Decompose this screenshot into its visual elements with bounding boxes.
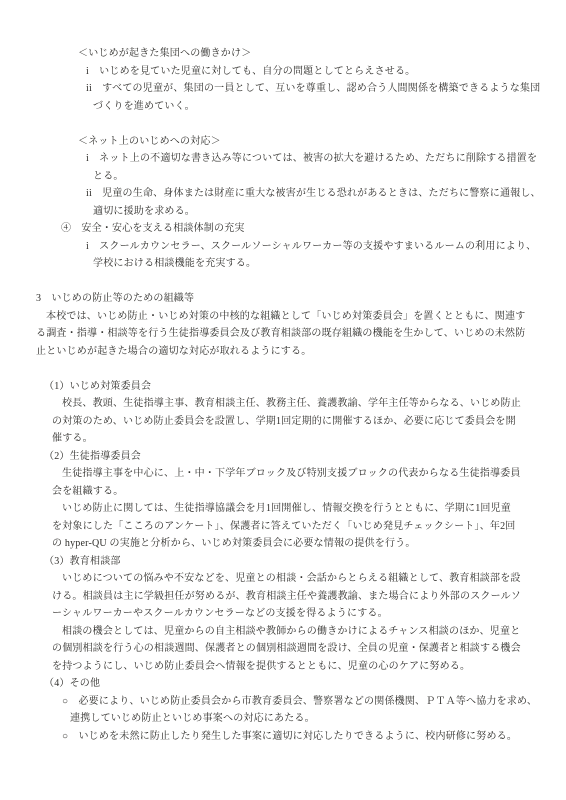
paragraph-line: の個別相談を行う心の相談週間、保護者との個別相談週間を設け、全員の児童・保護者と… bbox=[0, 640, 566, 658]
circle-bullet-item: ○ いじめを未然に防止したり発生した事案に適切に対応したりできるように、校内研修… bbox=[0, 728, 566, 746]
subsection-heading-4: （4）その他 bbox=[0, 675, 566, 693]
roman-list-item: ii すべての児童が、集団の一員として、互いを尊重し、認め合う人間関係を構築でき… bbox=[0, 80, 566, 98]
roman-list-item: i スクールカウンセラー、スクールソーシャルワーカー等の支援やすまいるルームの利… bbox=[0, 238, 566, 256]
paragraph-line: ける。相談員は主に学級担任が努めるが、教育相談主任や養護教諭、また場合により外部… bbox=[0, 588, 566, 606]
circle-bullet-continuation: 連携していじめ防止といじめ事案への対応にあたる。 bbox=[0, 710, 566, 728]
blank-line bbox=[0, 115, 566, 133]
paragraph-line: 相談の機会としては、児童からの自主相談や教師からの働きかけによるチャンス相談のほ… bbox=[0, 623, 566, 641]
list-item-continuation: 適切に援助を求める。 bbox=[0, 203, 566, 221]
list-item-continuation: 学校における相談機能を充実する。 bbox=[0, 255, 566, 273]
subsection-heading-3: （3）教育相談部 bbox=[0, 553, 566, 571]
circled-number-item-4: ④ 安全・安心を支える相談体制の充実 bbox=[0, 220, 566, 238]
list-item-continuation: づくりを進めていく。 bbox=[0, 98, 566, 116]
paragraph-line: を対象にした「こころのアンケート」、保護者に答えていただく「いじめ発見チェックシ… bbox=[0, 518, 566, 536]
roman-list-item: i いじめを見ていた児童に対しても、自分の問題としてとらえさせる。 bbox=[0, 63, 566, 81]
paragraph-line: 止といじめが起きた場合の適切な対応が取れるようにする。 bbox=[0, 343, 566, 361]
subsection-heading-1: （1）いじめ対策委員会 bbox=[0, 378, 566, 396]
blank-line bbox=[0, 360, 566, 378]
blank-line bbox=[0, 273, 566, 291]
list-item-continuation: とる。 bbox=[0, 168, 566, 186]
angle-heading-net-bullying: ＜ネット上のいじめへの対応＞ bbox=[0, 133, 566, 151]
paragraph-line: の対策のため、いじめ防止委員会を設置し、学期1回定期的に開催するほか、必要に応じ… bbox=[0, 413, 566, 431]
paragraph-line: 催する。 bbox=[0, 430, 566, 448]
section-heading-3: 3 いじめの防止等のための組織等 bbox=[0, 290, 566, 308]
paragraph-line: いじめについての悩みや不安などを、児童との相談・会話からとらえる組織として、教育… bbox=[0, 570, 566, 588]
roman-list-item: i ネット上の不適切な書き込み等については、被害の拡大を避けるため、ただちに削除… bbox=[0, 150, 566, 168]
document-page: ＜いじめが起きた集団への働きかけ＞ i いじめを見ていた児童に対しても、自分の問… bbox=[0, 0, 566, 745]
paragraph-line: ーシャルワーカーやスクールカウンセラーなどの支援を得るようにする。 bbox=[0, 605, 566, 623]
paragraph-line: 校長、教頭、生徒指導主事、教育相談主任、教務主任、養護教諭、学年主任等からなる、… bbox=[0, 395, 566, 413]
subsection-heading-2: （2）生徒指導委員会 bbox=[0, 448, 566, 466]
circle-bullet-item: ○ 必要により、いじめ防止委員会から市教育委員会、警察署などの関係機関、ＰＴＡ等… bbox=[0, 693, 566, 711]
paragraph-line: を持つようにし、いじめ防止委員会へ情報を提供するとともに、児童の心のケアに努める… bbox=[0, 658, 566, 676]
paragraph-line: 生徒指導主事を中心に、上・中・下学年ブロック及び特別支援ブロックの代表からなる生… bbox=[0, 465, 566, 483]
paragraph-line: いじめ防止に関しては、生徒指導協議会を月1回開催し、情報交換を行うとともに、学期… bbox=[0, 500, 566, 518]
angle-heading-group-intervention: ＜いじめが起きた集団への働きかけ＞ bbox=[0, 45, 566, 63]
paragraph-line: る調査・指導・相談等を行う生徒指導委員会及び教育相談部の既存組織の機能を生かして… bbox=[0, 325, 566, 343]
paragraph-line: の hyper-QU の実施と分析から、いじめ対策委員会に必要な情報の提供を行う… bbox=[0, 535, 566, 553]
roman-list-item: ii 児童の生命、身体または財産に重大な被害が生じる恐れがあるときは、ただちに警… bbox=[0, 185, 566, 203]
paragraph-line: 会を組織する。 bbox=[0, 483, 566, 501]
paragraph-line: 本校では、いじめ防止・いじめ対策の中核的な組織として「いじめ対策委員会」を置くと… bbox=[0, 308, 566, 326]
